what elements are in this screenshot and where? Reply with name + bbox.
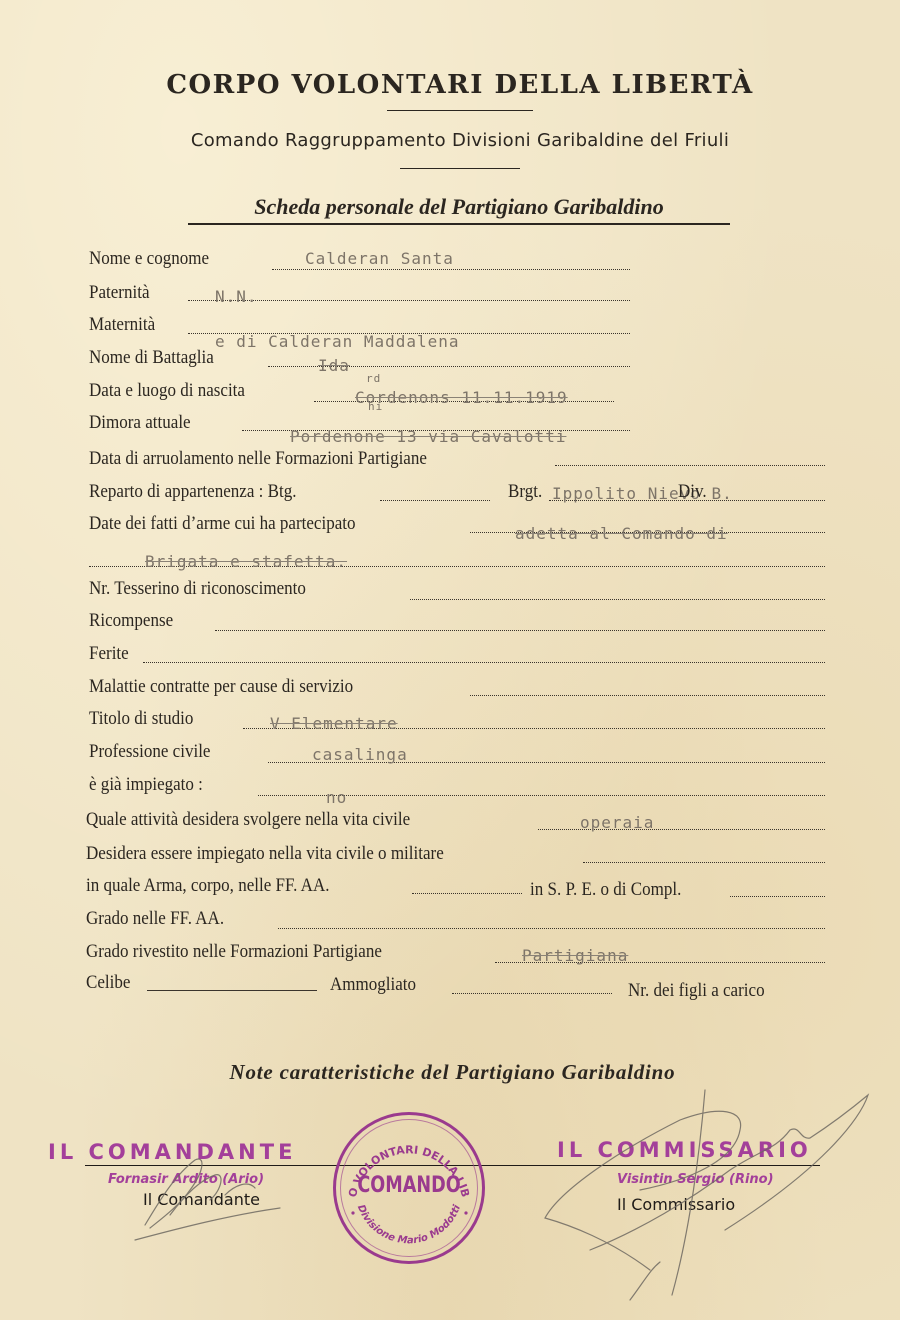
field-label-brgt: Brgt. (508, 482, 542, 503)
notes-title: Note caratteristiche del Partigiano Gari… (0, 1060, 900, 1085)
field-label-figli: Nr. dei figli a carico (628, 981, 765, 1002)
field-label-malattie: Malattie contratte per cause di servizio (89, 677, 353, 698)
field-line-arruolamento (555, 465, 825, 466)
overtype-top: rd (366, 372, 381, 385)
field-line-celibe (147, 990, 317, 991)
field-label-dimora: Dimora attuale (89, 413, 191, 434)
field-label-arma: in quale Arma, corpo, nelle FF. AA. (86, 876, 330, 897)
field-value-nome: Calderan Santa (305, 249, 454, 268)
field-label-paternita: Paternità (89, 283, 150, 304)
subtitle-divider (400, 168, 520, 169)
commissario-label: Il Commissario (617, 1195, 735, 1214)
field-value-fatti-arme-2: Brigata e stafetta. (145, 552, 347, 571)
field-value-grado-partigiane: Partigiana (522, 946, 628, 965)
field-label-impiegato: è già impiegato : (89, 775, 203, 796)
field-value-dimora: Pordenone 13 via Cavalotti (290, 427, 566, 446)
stamp-comandante: IL COMANDANTE (48, 1140, 296, 1164)
field-value-battaglia: Ida (318, 356, 350, 375)
comandante-label: Il Comandante (143, 1190, 260, 1209)
field-line-btg (380, 500, 490, 501)
field-value-fatti-arme-1: adetta al Comando di (515, 524, 728, 543)
field-line-desidera (583, 862, 825, 863)
title-divider (387, 110, 533, 111)
field-label-maternita: Maternità (89, 315, 155, 336)
field-label-celibe: Celibe (86, 973, 130, 994)
field-label-fatti-arme: Date dei fatti d’arme cui ha partecipato (89, 514, 356, 535)
field-label-battaglia: Nome di Battaglia (89, 348, 214, 369)
field-label-div: Div. (678, 482, 707, 503)
field-label-tesserino: Nr. Tesserino di riconoscimento (89, 579, 306, 600)
field-line-nome (272, 269, 630, 270)
command-seal: CORPO VOLONTARI DELLA LIBERTA' Divisione… (333, 1112, 485, 1264)
field-line-tesserino (410, 599, 825, 600)
field-label-nome: Nome e cognome (89, 249, 209, 270)
field-line-ammogliato (452, 993, 612, 994)
stamp-commissario: IL COMMISSARIO (557, 1138, 812, 1162)
comandante-name: Fornasir Ardito (Ario) (108, 1172, 264, 1187)
field-line-malattie (470, 695, 825, 696)
field-value-attivita: operaia (580, 813, 654, 832)
field-line-ferite (143, 662, 825, 663)
field-label-ricompense: Ricompense (89, 611, 173, 632)
field-label-reparto: Reparto di appartenenza : Btg. (89, 482, 296, 503)
field-value-nascita: Cordenons 11.11.1919 (355, 388, 568, 407)
field-value-titolo-studio: V Elementare (270, 714, 398, 733)
seal-center-text: COMANDO (351, 1173, 468, 1198)
field-label-spe: in S. P. E. o di Compl. (530, 880, 681, 901)
field-label-arruolamento: Data di arruolamento nelle Formazioni Pa… (89, 449, 427, 470)
field-label-grado-ffaa: Grado nelle FF. AA. (86, 909, 224, 930)
field-line-grado-ffaa (278, 928, 825, 929)
form-title: Scheda personale del Partigiano Garibald… (188, 194, 730, 225)
field-label-titolo-studio: Titolo di studio (89, 709, 193, 730)
field-line-arma (412, 893, 522, 894)
field-label-grado-partigiane: Grado rivestito nelle Formazioni Partigi… (86, 942, 382, 963)
field-line-ricompense (215, 630, 825, 631)
overtype-bottom: hi (368, 400, 383, 413)
field-value-paternita: N.N. (215, 287, 258, 306)
field-value-impiegato: no (326, 788, 347, 807)
field-label-professione: Professione civile (89, 742, 210, 763)
field-label-attivita: Quale attività desidera svolgere nella v… (86, 810, 410, 831)
field-value-professione: casalinga (312, 745, 408, 764)
document-title: CORPO VOLONTARI DELLA LIBERTÀ (0, 70, 900, 100)
commissario-name: Visintin Sergio (Rino) (617, 1172, 774, 1187)
field-line-spe (730, 896, 825, 897)
seal-bottom-text: Divisione Mario Modotti (355, 1203, 463, 1246)
field-label-ferite: Ferite (89, 644, 129, 665)
document-subtitle: Comando Raggruppamento Divisioni Garibal… (0, 130, 900, 151)
field-value-maternita: e di Calderan Maddalena (215, 332, 460, 351)
field-label-nascita: Data e luogo di nascita (89, 381, 245, 402)
field-label-ammogliato: Ammogliato (330, 975, 416, 996)
field-label-desidera: Desidera essere impiegato nella vita civ… (86, 844, 444, 865)
